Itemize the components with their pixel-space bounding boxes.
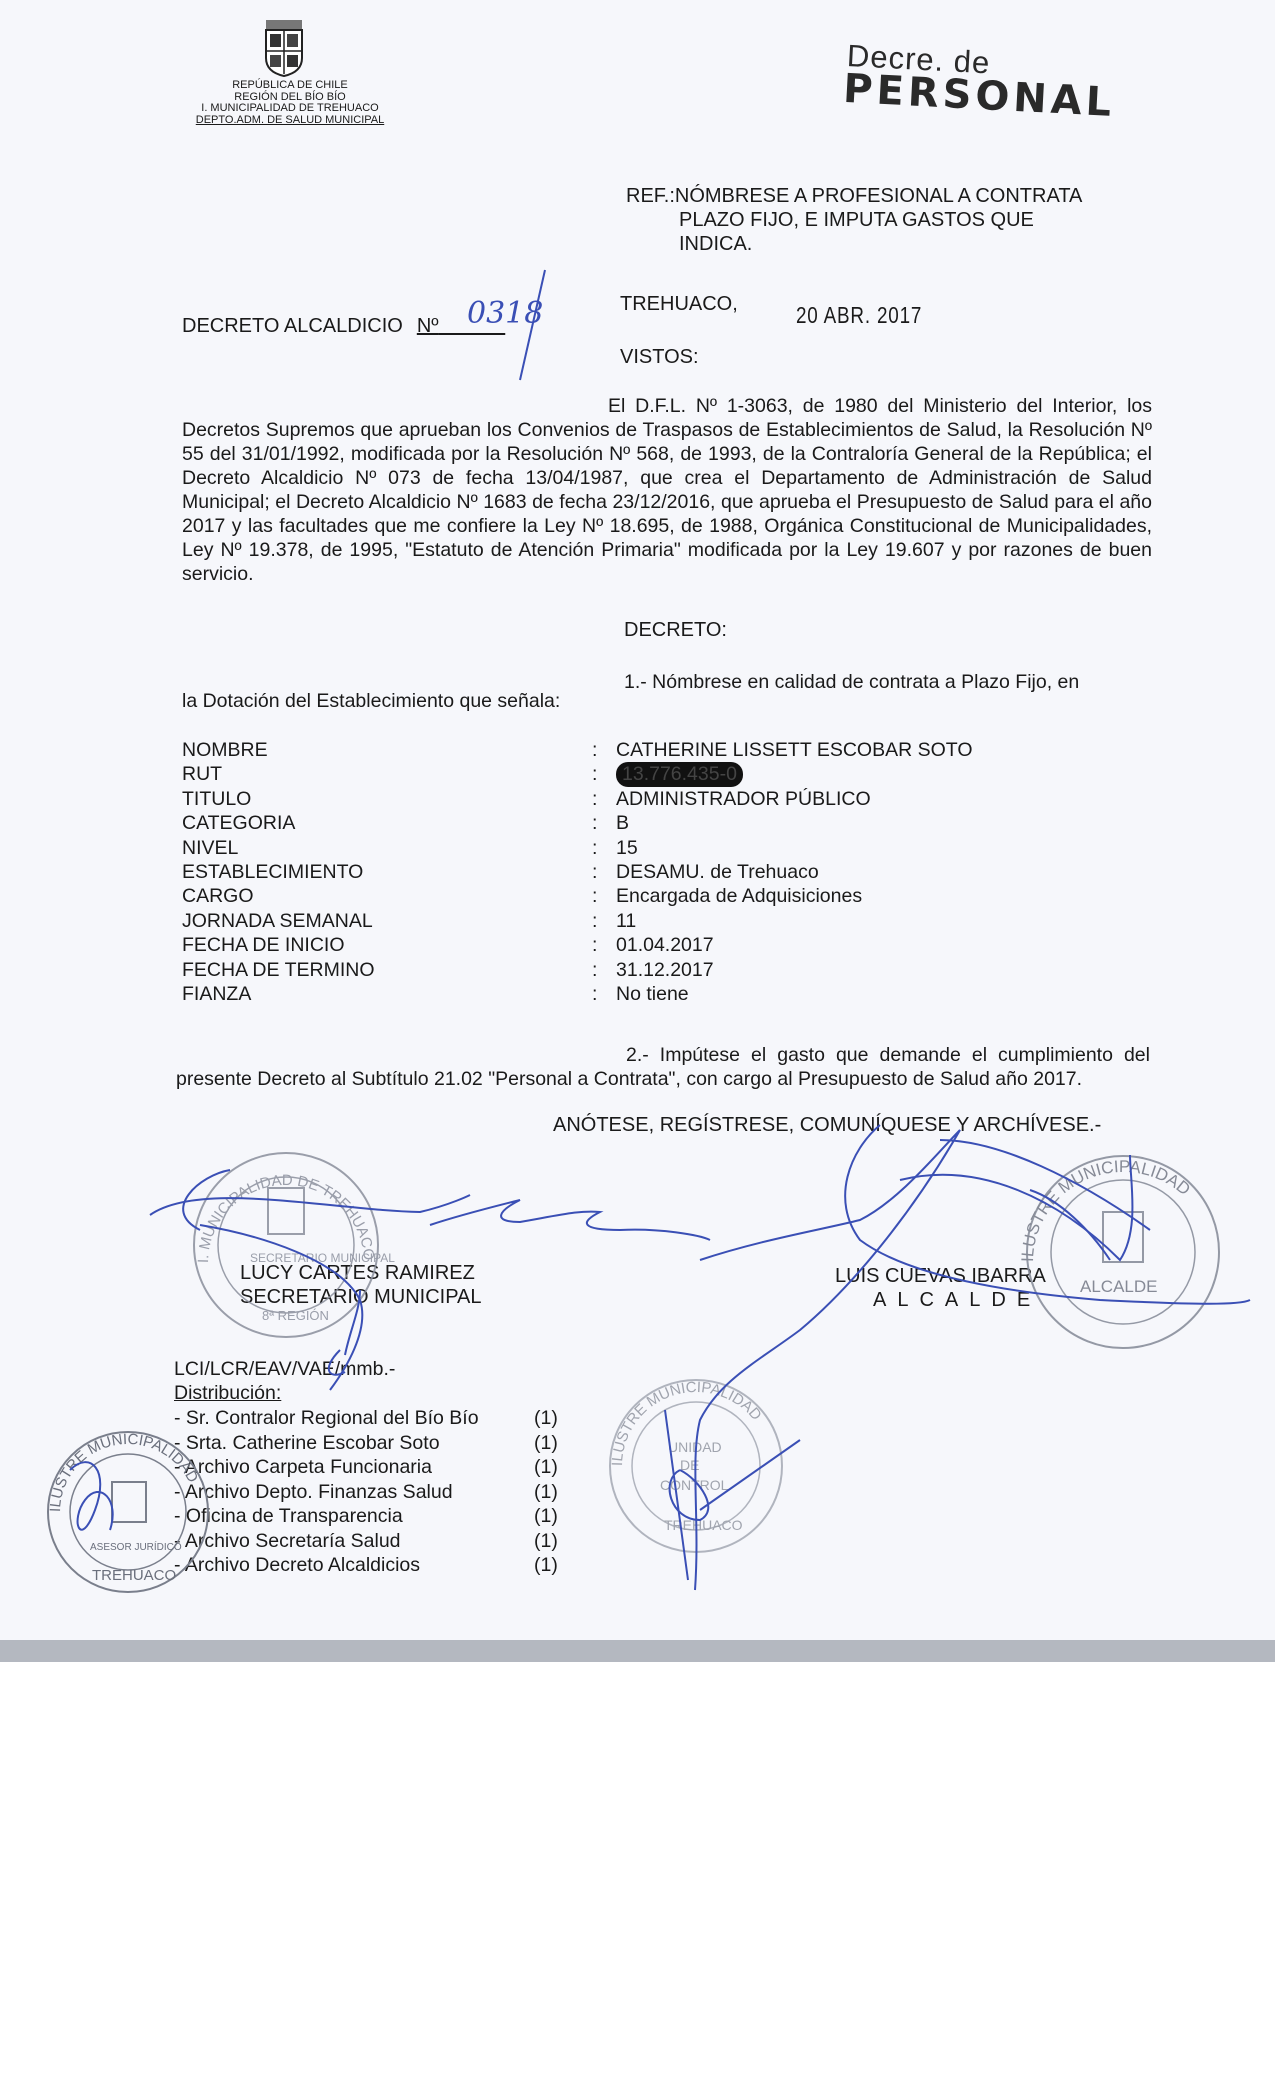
list-item: - Archivo Depto. Finanzas Salud(1)	[174, 1480, 558, 1505]
personal-decree-stamp: Decre. de PERSONAL	[844, 38, 1118, 126]
signature-secretario: LUCY CARTES RAMIREZ SECRETARIO MUNICIPAL	[240, 1261, 482, 1309]
date-stamp: 20 ABR. 2017	[796, 302, 922, 329]
redacted-rut: 13.776.435-0	[616, 762, 743, 786]
alcalde-name: LUIS CUEVAS IBARRA	[835, 1264, 1046, 1288]
ref-line1: REF.:NÓMBRESE A PROFESIONAL A CONTRATA	[626, 185, 1082, 207]
field-row: JORNADA SEMANAL:11	[182, 909, 973, 933]
field-row: FIANZA:No tiene	[182, 982, 973, 1006]
list-item: - Srta. Catherine Escobar Soto(1)	[174, 1431, 558, 1456]
alcalde-title: ALCALDE	[835, 1288, 1046, 1312]
field-row: CARGO:Encargada de Adquisiciones	[182, 884, 973, 908]
scan-edge	[0, 1640, 1275, 1662]
field-row: NIVEL:15	[182, 836, 973, 860]
item1-line1: 1.- Nómbrese en calidad de contrata a Pl…	[624, 671, 1079, 694]
signature-alcalde: LUIS CUEVAS IBARRA ALCALDE	[835, 1264, 1046, 1312]
field-row: NOMBRE:CATHERINE LISSETT ESCOBAR SOTO	[182, 738, 973, 762]
place: TREHUACO,	[620, 293, 738, 316]
decreto-label: DECRETO:	[624, 619, 727, 642]
list-item: - Archivo Secretaría Salud(1)	[174, 1529, 558, 1554]
field-row: FECHA DE INICIO:01.04.2017	[182, 933, 973, 957]
letterhead-line: REPÚBLICA DE CHILE	[180, 80, 400, 92]
secretario-name: LUCY CARTES RAMIREZ	[240, 1261, 482, 1285]
vistos-label: VISTOS:	[620, 346, 699, 369]
item2-paragraph: 2.- Impútese el gasto que demande el cum…	[176, 1043, 1150, 1091]
decree-title-text: DECRETO ALCALDICIO	[182, 315, 403, 337]
decree-number-handwritten: 0318	[467, 296, 543, 331]
field-row: CATEGORIA:B	[182, 811, 973, 835]
closing-formula: ANÓTESE, REGÍSTRESE, COMUNÍQUESE Y ARCHÍ…	[553, 1114, 1101, 1137]
field-row: FECHA DE TERMINO:31.12.2017	[182, 958, 973, 982]
letterhead-line: DEPTO.ADM. DE SALUD MUNICIPAL	[180, 115, 400, 127]
ref-line2: PLAZO FIJO, E IMPUTA GASTOS QUE	[626, 208, 1082, 232]
field-row: RUT:13.776.435-0	[182, 762, 973, 786]
ref-line3: INDICA.	[626, 232, 1082, 256]
initials: LCI/LCR/EAV/VAE/mmb.-	[174, 1358, 395, 1381]
decree-title: DECRETO ALCALDICIONº	[182, 315, 505, 338]
letterhead-line: I. MUNICIPALIDAD DE TREHUACO	[180, 103, 400, 115]
letterhead: REPÚBLICA DE CHILE REGIÓN DEL BÍO BÍO I.…	[180, 80, 400, 126]
item1-line2: la Dotación del Establecimiento que seña…	[182, 690, 560, 713]
field-row: TITULO:ADMINISTRADOR PÚBLICO	[182, 787, 973, 811]
vistos-paragraph: El D.F.L. Nº 1-3063, de 1980 del Ministe…	[182, 394, 1152, 586]
list-item: - Oficina de Transparencia(1)	[174, 1504, 558, 1529]
distribution-list: - Sr. Contralor Regional del Bío Bío(1) …	[174, 1406, 558, 1578]
list-item: - Archivo Carpeta Funcionaria(1)	[174, 1455, 558, 1480]
appointment-fields: NOMBRE:CATHERINE LISSETT ESCOBAR SOTO RU…	[182, 738, 973, 1006]
distribution-title: Distribución:	[174, 1382, 281, 1405]
secretario-title: SECRETARIO MUNICIPAL	[240, 1285, 482, 1309]
list-item: - Archivo Decreto Alcaldicios(1)	[174, 1553, 558, 1578]
list-item: - Sr. Contralor Regional del Bío Bío(1)	[174, 1406, 558, 1431]
reference: REF.:NÓMBRESE A PROFESIONAL A CONTRATA P…	[626, 184, 1082, 256]
field-row: ESTABLECIMIENTO:DESAMU. de Trehuaco	[182, 860, 973, 884]
coat-of-arms-icon	[258, 18, 310, 78]
